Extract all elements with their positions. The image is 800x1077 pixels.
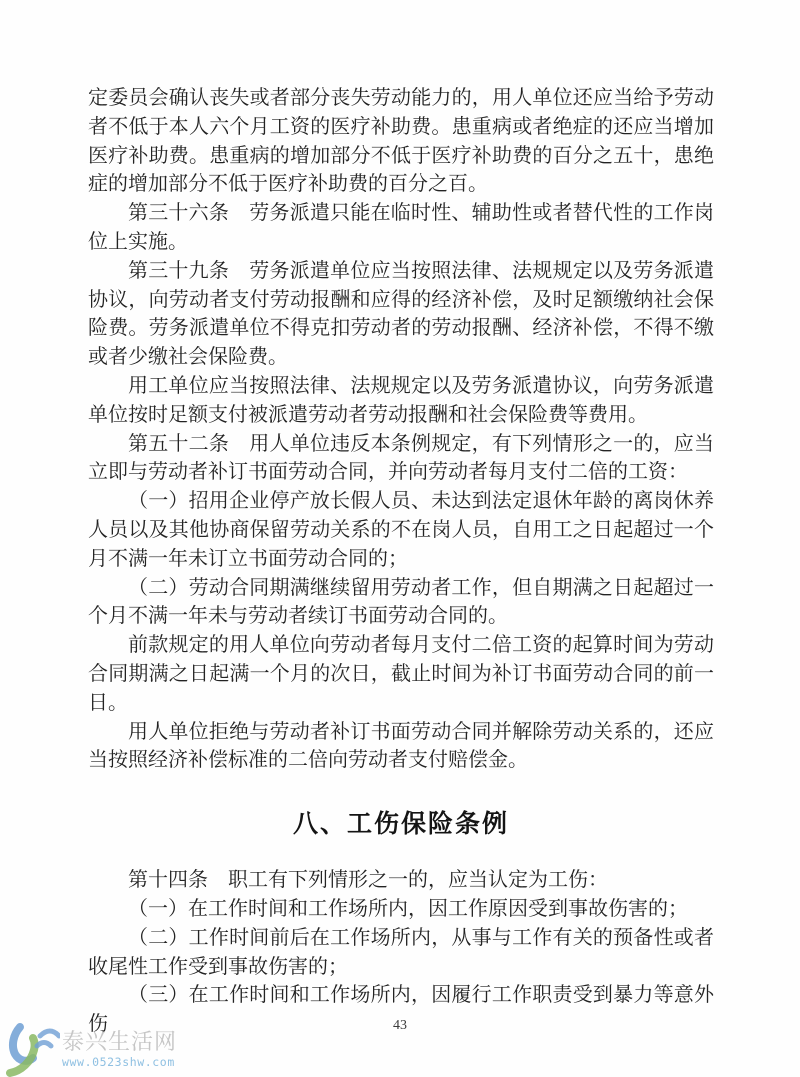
body-paragraph: 定委员会确认丧失或者部分丧失劳动能力的，用人单位还应当给予劳动者不低于本人六个月… — [88, 84, 714, 199]
section-heading: 八、工伤保险条例 — [88, 804, 714, 840]
logo-signal-arc-inner — [37, 1043, 51, 1047]
body-paragraph: （一）招用企业停产放长假人员、未达到法定退休年龄的离岗休养人员以及其他协商保留劳… — [88, 487, 714, 573]
document-body: 定委员会确认丧失或者部分丧失劳动能力的，用人单位还应当给予劳动者不低于本人六个月… — [88, 84, 714, 1039]
body-paragraph: 用人单位拒绝与劳动者补订书面劳动合同并解除劳动关系的，还应当按照经济补偿标准的二… — [88, 718, 714, 776]
site-watermark: 泰兴生活网 www.0523shw.com — [4, 1023, 177, 1077]
site-logo-icon — [4, 1023, 60, 1077]
logo-signal-arc-outer — [40, 1031, 59, 1036]
watermark-site-name: 泰兴生活网 — [62, 1031, 177, 1053]
body-paragraph: 用工单位应当按照法律、法规规定以及劳务派遣协议，向劳务派遣单位按时足额支付被派遣… — [88, 372, 714, 430]
body-paragraph: （一）在工作时间和工作场所内，因工作原因受到事故伤害的； — [88, 895, 714, 924]
body-paragraph: （二）劳动合同期满继续留用劳动者工作，但自期满之日起超过一个月不满一年未与劳动者… — [88, 574, 714, 632]
body-paragraph: 第三十六条 劳务派遣只能在临时性、辅助性或者替代性的工作岗位上实施。 — [88, 199, 714, 257]
body-paragraph: 第五十二条 用人单位违反本条例规定，有下列情形之一的，应当立即与劳动者补订书面劳… — [88, 430, 714, 488]
document-page: 定委员会确认丧失或者部分丧失劳动能力的，用人单位还应当给予劳动者不低于本人六个月… — [0, 0, 800, 1077]
watermark-text: 泰兴生活网 www.0523shw.com — [62, 1031, 177, 1069]
body-paragraph: 第三十九条 劳务派遣单位应当按照法律、法规规定以及劳务派遣协议，向劳动者支付劳动… — [88, 257, 714, 372]
body-paragraph: （二）工作时间前后在工作场所内，从事与工作有关的预备性或者收尾性工作受到事故伤害… — [88, 924, 714, 982]
body-paragraph: 前款规定的用人单位向劳动者每月支付二倍工资的起算时间为劳动合同期满之日起满一个月… — [88, 631, 714, 717]
watermark-site-url: www.0523shw.com — [62, 1056, 177, 1069]
body-paragraph: 第十四条 职工有下列情形之一的，应当认定为工伤： — [88, 866, 714, 895]
